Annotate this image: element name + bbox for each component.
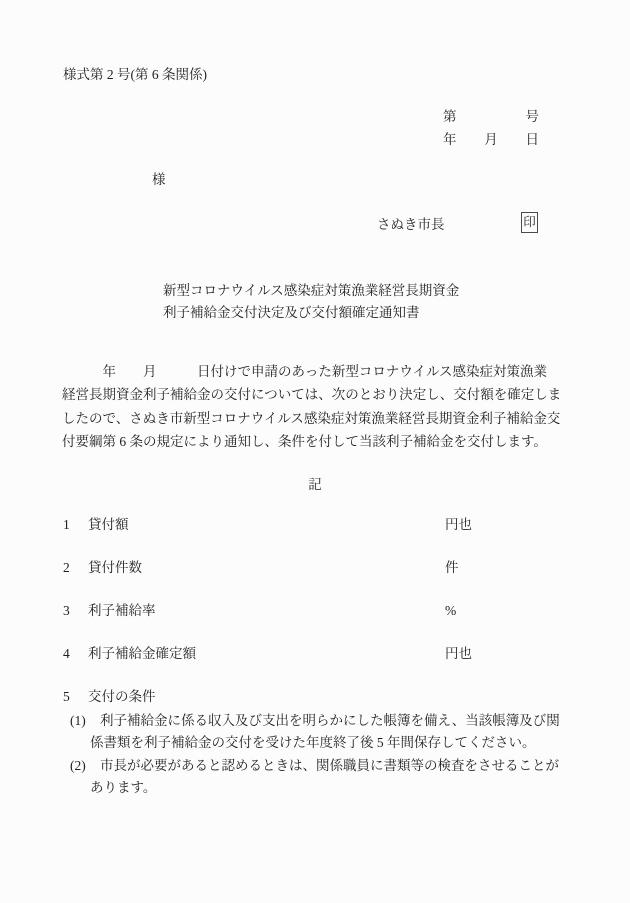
title-line-2: 利子補給金交付決定及び交付額確定通知書: [163, 302, 459, 324]
date-day-label: 日: [526, 130, 540, 150]
item-unit: 円也: [445, 644, 472, 664]
item-number: 1: [63, 515, 70, 535]
condition-text: あります。: [90, 778, 156, 798]
list-item-4: 4 利子補給金確定額 円也: [0, 644, 630, 664]
item-number: 2: [63, 558, 70, 578]
date-line: 年 月 日: [443, 130, 539, 150]
item-unit: %: [445, 601, 456, 621]
item-unit: 件: [445, 558, 459, 578]
seal-mark: 印: [521, 212, 538, 233]
body-line-3: したので、さぬき市新型コロナウイルス感染症対策漁業経営長期資金利子補給金交: [62, 407, 561, 430]
condition-text: 利子補給金に係る収入及び支出を明らかにした帳簿を備え、当該帳簿及び関: [100, 711, 560, 731]
list-item-2: 2 貸付件数 件: [0, 558, 630, 578]
item-label: 貸付額: [88, 515, 129, 535]
item-number: 4: [63, 644, 70, 664]
item-unit: 円也: [445, 515, 472, 535]
condition-1-line-2: 係書類を利子補給金の交付を受けた年度終了後 5 年間保存してください。: [0, 733, 630, 753]
date-year-label: 年: [443, 130, 457, 150]
document-title: 新型コロナウイルス感染症対策漁業経営長期資金 利子補給金交付決定及び交付額確定通…: [163, 280, 459, 323]
document-page: 様式第 2 号(第 6 条関係) 第 号 年 月 日 様 さぬき市長 印 新型コ…: [0, 0, 630, 903]
form-number: 様式第 2 号(第 6 条関係): [63, 65, 207, 85]
addressee-honorific: 様: [152, 170, 166, 190]
body-line-2: 経営長期資金利子補給金の交付については、次のとおり決定し、交付額を確定しま: [62, 383, 561, 406]
condition-text: 係書類を利子補給金の交付を受けた年度終了後 5 年間保存してください。: [90, 733, 536, 753]
condition-number: (1): [70, 711, 86, 731]
date-month-label: 月: [484, 130, 498, 150]
title-line-1: 新型コロナウイルス感染症対策漁業経営長期資金: [163, 280, 459, 302]
item-label: 利子補給率: [88, 601, 156, 621]
condition-number: (2): [70, 756, 86, 776]
condition-text: 市長が必要があると認めるときは、関係職員に書類等の検査をさせることが: [100, 756, 559, 776]
list-item-3: 3 利子補給率 %: [0, 601, 630, 621]
sender-name: さぬき市長: [377, 215, 445, 235]
condition-2-line-1: (2) 市長が必要があると認めるときは、関係職員に書類等の検査をさせることが: [0, 756, 630, 776]
item-label: 交付の条件: [88, 687, 156, 707]
body-line-1: 年 月 日付けで申請のあった新型コロナウイルス感染症対策漁業: [62, 360, 561, 383]
item-label: 利子補給金確定額: [88, 644, 196, 664]
item-number: 5: [63, 687, 70, 707]
condition-1-line-1: (1) 利子補給金に係る収入及び支出を明らかにした帳簿を備え、当該帳簿及び関: [0, 711, 630, 731]
doc-number-suffix: 号: [526, 107, 540, 127]
condition-2-line-2: あります。: [0, 778, 630, 798]
body-line-4: 付要綱第 6 条の規定により通知し、条件を付して当該利子補給金を交付します。: [62, 430, 561, 453]
record-marker: 記: [0, 475, 630, 495]
list-item-1: 1 貸付額 円也: [0, 515, 630, 535]
doc-number-line: 第 号: [443, 107, 539, 127]
list-item-5: 5 交付の条件: [0, 687, 630, 707]
item-label: 貸付件数: [88, 558, 142, 578]
body-paragraph: 年 月 日付けで申請のあった新型コロナウイルス感染症対策漁業 経営長期資金利子補…: [62, 360, 561, 453]
item-number: 3: [63, 601, 70, 621]
doc-number-prefix: 第: [443, 107, 457, 127]
